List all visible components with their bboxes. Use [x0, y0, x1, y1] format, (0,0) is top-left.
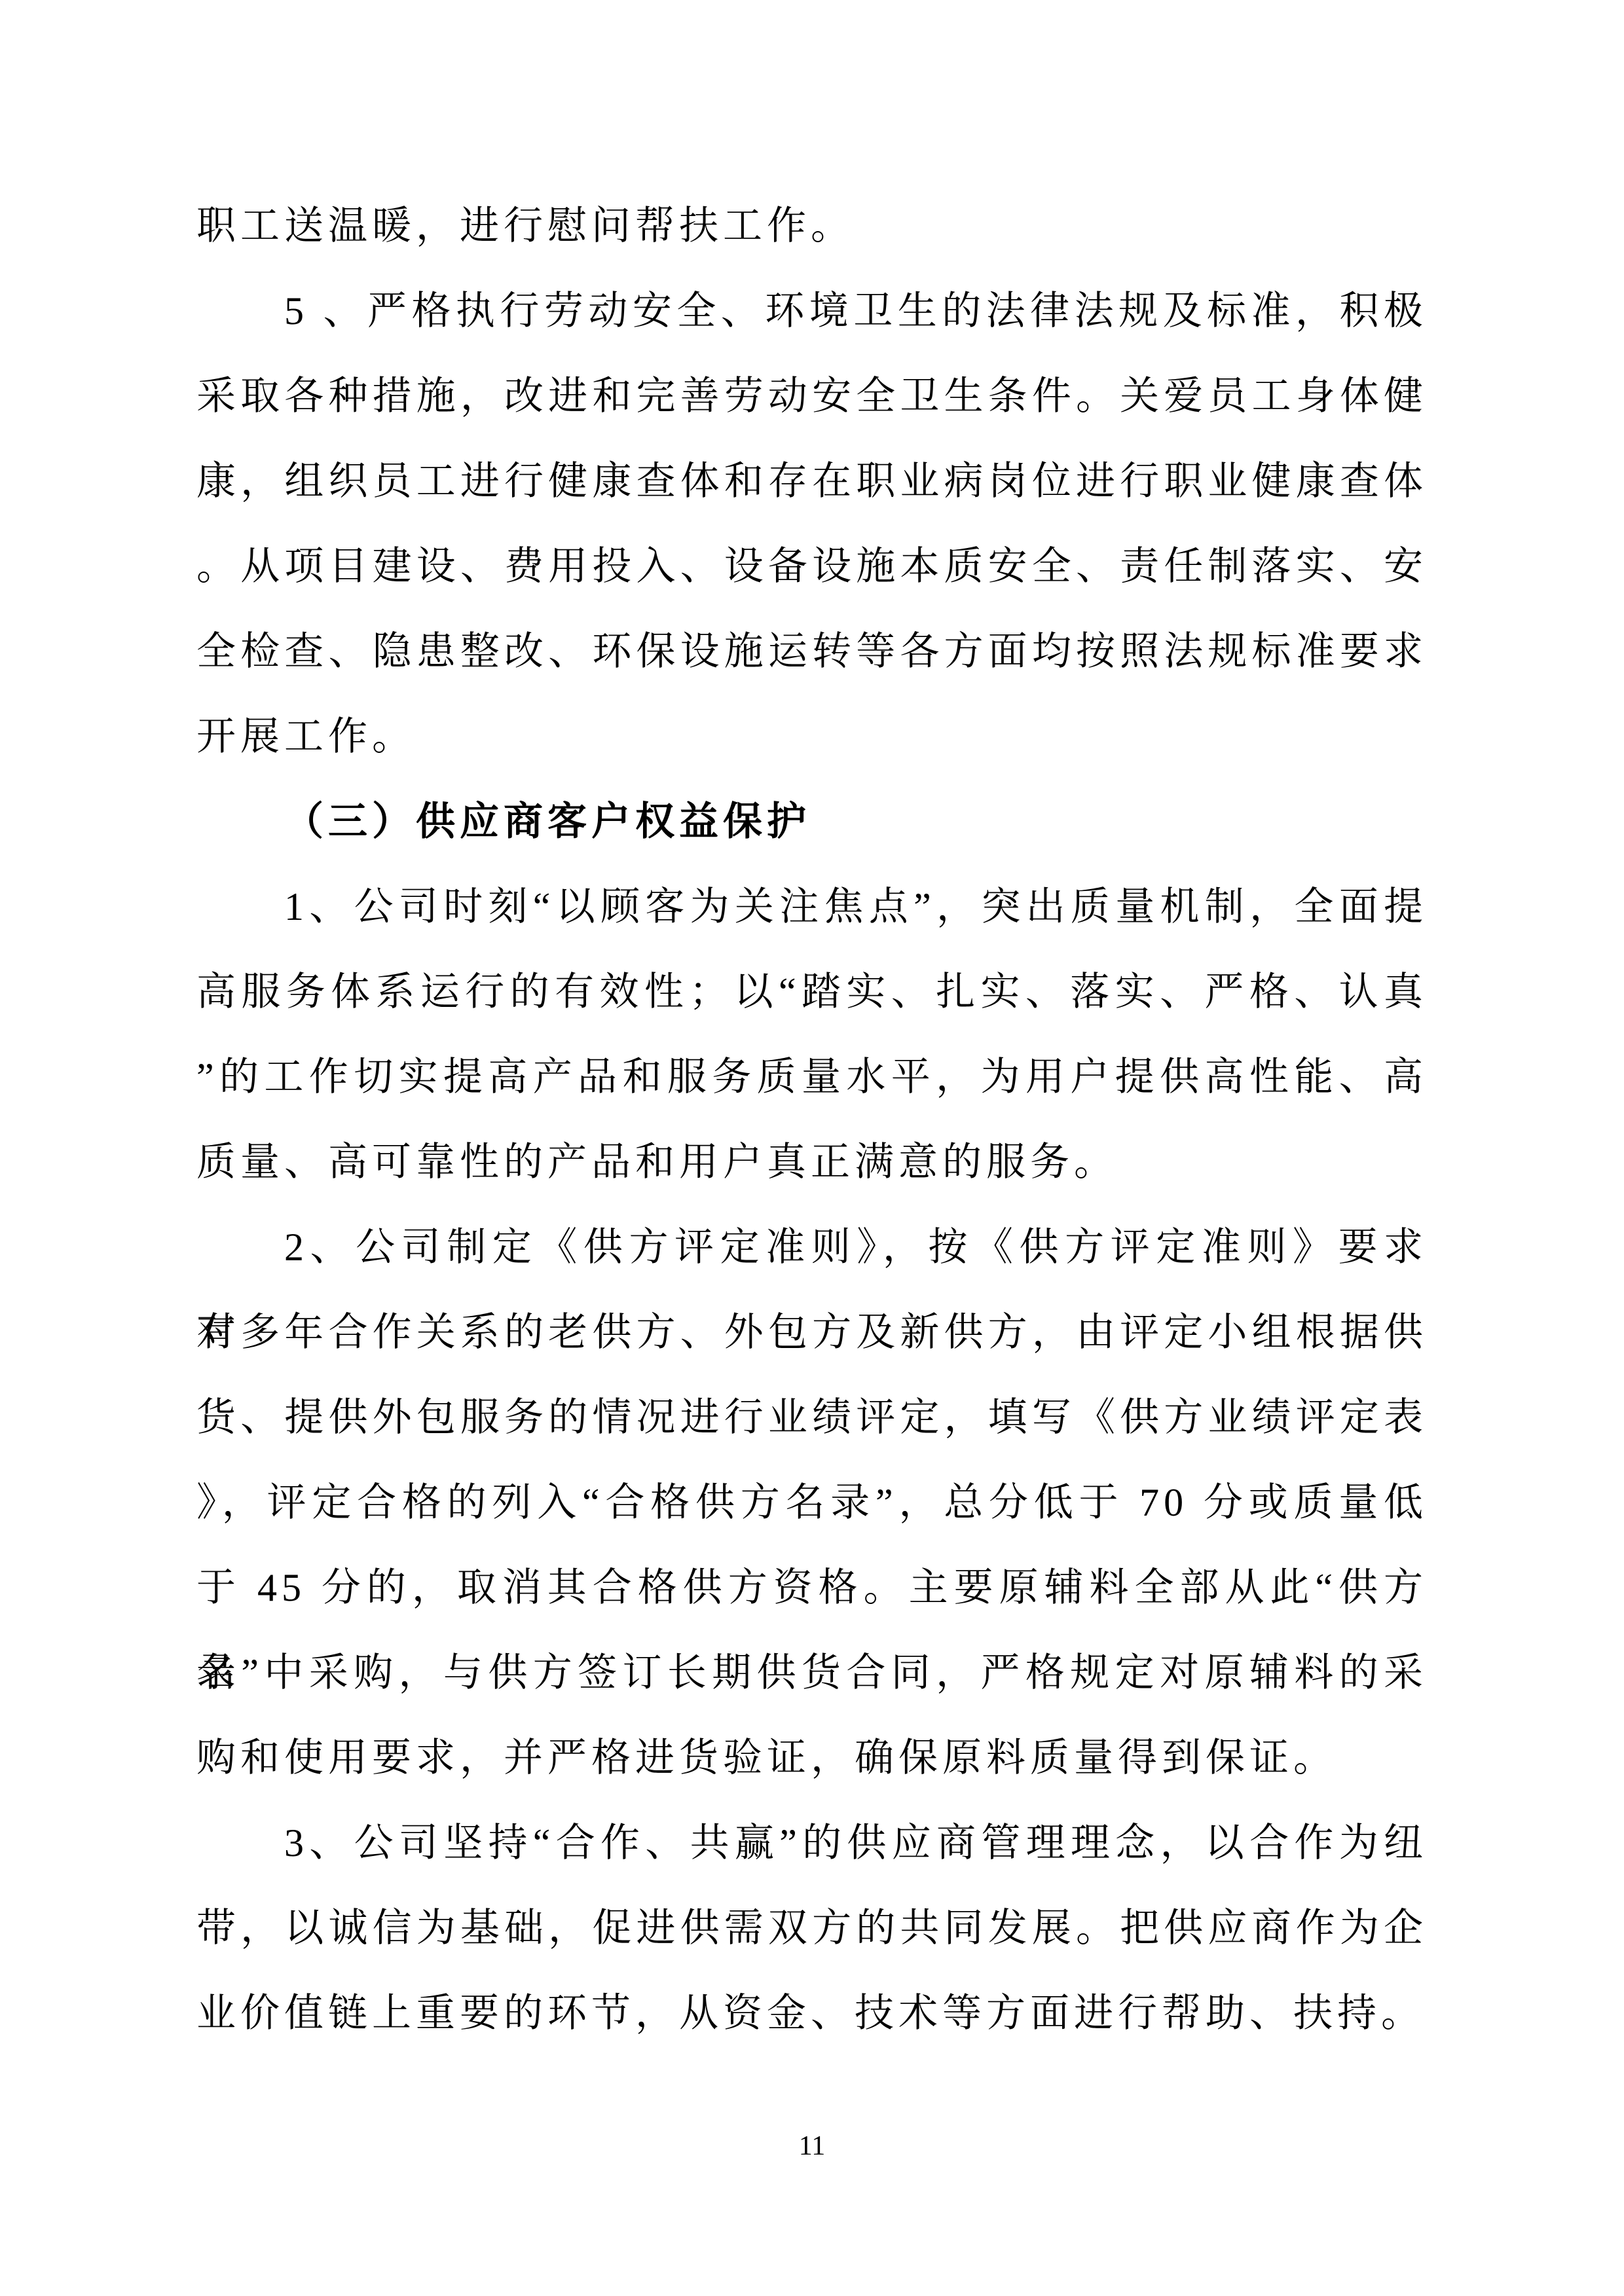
text-line: 5 、严格执行劳动安全、环境卫生的法律法规及标准，积极 [196, 268, 1428, 354]
text-line: 高服务体系运行的有效性；以“踏实、扎实、落实、严格、认真 [196, 949, 1428, 1034]
text-line: 于 45 分的，取消其合格供方资格。主要原辅料全部从此“供方名 [196, 1545, 1428, 1630]
document-body: 职工送温暖，进行慰问帮扶工作。5 、严格执行劳动安全、环境卫生的法律法规及标准，… [196, 183, 1428, 2056]
page-number: 11 [0, 2126, 1624, 2166]
text-line: 有多年合作关系的老供方、外包方及新供方，由评定小组根据供 [196, 1290, 1428, 1375]
text-line: （三）供应商客户权益保护 [196, 779, 1428, 864]
text-line: 开展工作。 [196, 694, 1428, 779]
text-line: 货、提供外包服务的情况进行业绩评定，填写《供方业绩评定表 [196, 1375, 1428, 1460]
text-line: 2、公司制定《供方评定准则》，按《供方评定准则》要求对 [196, 1205, 1428, 1290]
text-line: 康，组织员工进行健康查体和存在职业病岗位进行职业健康查体 [196, 439, 1428, 524]
text-line: 购和使用要求，并严格进货验证，确保原料质量得到保证。 [196, 1715, 1428, 1800]
text-line: 带，以诚信为基础，促进供需双方的共同发展。把供应商作为企 [196, 1886, 1428, 1971]
text-line: 全检查、隐患整改、环保设施运转等各方面均按照法规标准要求 [196, 609, 1428, 694]
text-line: ”的工作切实提高产品和服务质量水平，为用户提供高性能、高 [196, 1034, 1428, 1120]
text-line: 。从项目建设、费用投入、设备设施本质安全、责任制落实、安 [196, 524, 1428, 609]
document-page: 职工送温暖，进行慰问帮扶工作。5 、严格执行劳动安全、环境卫生的法律法规及标准，… [0, 0, 1624, 2296]
text-line: 录”中采购，与供方签订长期供货合同，严格规定对原辅料的采 [196, 1630, 1428, 1715]
text-line: 质量、高可靠性的产品和用户真正满意的服务。 [196, 1120, 1428, 1205]
text-line: 》，评定合格的列入“合格供方名录”，总分低于 70 分或质量低 [196, 1460, 1428, 1545]
text-line: 采取各种措施，改进和完善劳动安全卫生条件。关爱员工身体健 [196, 354, 1428, 439]
text-line: 1、公司时刻“以顾客为关注焦点”，突出质量机制，全面提 [196, 864, 1428, 949]
text-line: 3、公司坚持“合作、共赢”的供应商管理理念，以合作为纽 [196, 1800, 1428, 1886]
text-line: 职工送温暖，进行慰问帮扶工作。 [196, 183, 1428, 268]
text-line: 业价值链上重要的环节，从资金、技术等方面进行帮助、扶持。 [196, 1971, 1428, 2056]
